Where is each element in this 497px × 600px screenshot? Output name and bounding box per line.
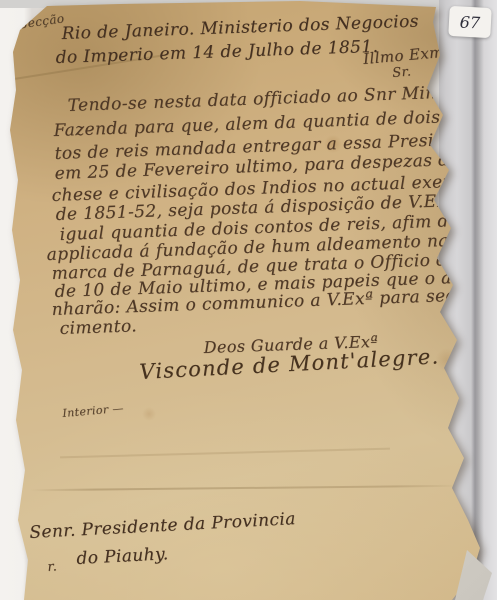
address-line1: Senr. Presidente da Provincia [29,509,296,543]
docket-annotation: Interior — [62,402,124,420]
paper-crease [30,485,460,492]
document-photo: 4ª Secção Rio de Janeiro. Ministerio dos… [0,0,497,600]
salutation-line2: Sr. [392,64,412,81]
archive-number: 67 [459,12,480,32]
address-mark: r. [47,559,58,575]
letter-paper: 4ª Secção Rio de Janeiro. Ministerio dos… [0,0,497,600]
archive-number-label: 67 [448,6,492,38]
body-line: cimento. [59,316,137,339]
letter-paper-wrap: 4ª Secção Rio de Janeiro. Ministerio dos… [0,0,497,600]
paper-crease [60,448,390,458]
section-annotation: 4ª Secção [0,11,65,34]
address-line2: do Piauhy. [76,544,169,569]
